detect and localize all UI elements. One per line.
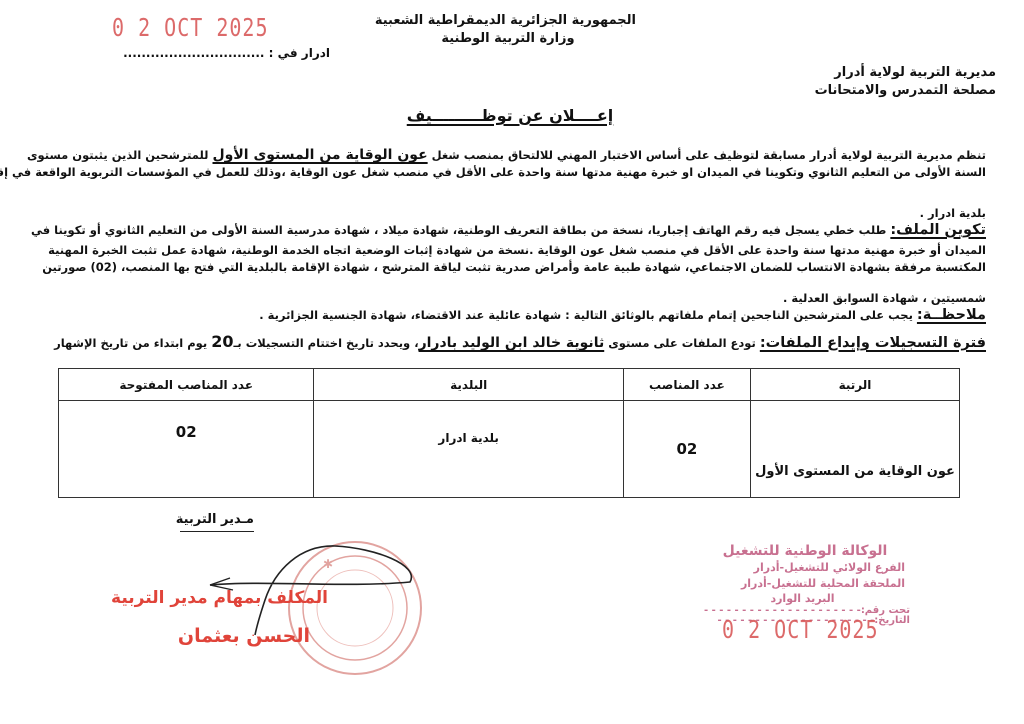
registration-days: 20 xyxy=(211,332,233,351)
note-text: يجب على المترشحين الناجحين إتمام ملفاتهم… xyxy=(259,308,913,322)
place-date-line: ادرار في : .............................… xyxy=(135,45,330,62)
registration-label: فترة التسجيلات وإيداع الملفات: xyxy=(760,335,986,351)
employment-stamp-line-4: البريد الوارد xyxy=(720,592,885,605)
intro-text-a: تنظم مديرية التربية لولاية أدرار مسابقة … xyxy=(432,148,986,162)
directorate-name: مديرية التربية لولاية أدرار xyxy=(834,64,996,81)
file-composition-label: تكوين الملف: xyxy=(890,222,986,238)
intro-line-1: تنظم مديرية التربية لولاية أدرار مسابقة … xyxy=(6,147,986,164)
cell-municipality: بلدية ادرار xyxy=(314,401,623,498)
file-composition-line-4: شمسيتين ، شهادة السوابق العدلية . xyxy=(1,290,986,307)
employment-stamp-date: 0 2 OCT 2025 xyxy=(722,614,879,644)
intro-line-2: السنة الأولى من التعليم الثانوي وتكوينا … xyxy=(6,164,986,181)
note-label: ملاحظــة: xyxy=(917,307,986,323)
file-composition-line-3: المكتسبة مرفقة بشهادة الانتساب للضمان ال… xyxy=(1,259,986,276)
signature-stamp-line-1: المكلف بمهام مدير التربية xyxy=(148,588,328,608)
employment-stamp-line-3: الملحقة المحلية للتشغيل-أدرار xyxy=(720,577,905,590)
header-municipality: البلدية xyxy=(314,369,623,401)
cell-open-positions: 02 xyxy=(59,401,314,498)
received-date-stamp: 0 2 OCT 2025 xyxy=(112,12,269,42)
intro-line-3: بلدية ادرار . xyxy=(6,205,986,222)
cell-grade: عون الوقاية من المستوى الأول xyxy=(750,401,959,498)
header-grade: الرتبة xyxy=(750,369,959,401)
registration-text-a: تودع الملفات على مستوى xyxy=(608,336,756,350)
file-composition-line-2: الميدان أو خبرة مهنية مدتها سنة واحدة عل… xyxy=(1,242,986,259)
registration-text-b: ، ويحدد تاريخ اختتام التسجيلات بـ xyxy=(233,336,418,350)
positions-table: الرتبة عدد المناصب البلدية عدد المناصب ا… xyxy=(58,368,960,498)
registration-text-c: يوم ابتداء من تاريخ الإشهار xyxy=(54,336,207,350)
place-date-label: ادرار في : xyxy=(269,46,330,60)
file-composition-text-1: طلب خطي يسجل فيه رقم الهاتف إجباريا، نسخ… xyxy=(31,223,886,237)
signature-title: مـدير التربية xyxy=(180,512,254,532)
header-open-positions: عدد المناصب المفتوحة xyxy=(59,369,314,401)
table-row: عون الوقاية من المستوى الأول 02 بلدية اد… xyxy=(59,401,960,498)
signature-stamp-line-2: الحسن بعثمان xyxy=(170,625,310,647)
cell-positions: 02 xyxy=(623,401,750,498)
note-line: ملاحظــة: يجب على المترشحين الناجحين إتم… xyxy=(1,307,986,324)
service-name: مصلحة التمدرس والامتحانات xyxy=(815,82,996,99)
ministry-heading: وزارة التربية الوطنية xyxy=(380,30,636,47)
employment-stamp-line-1: الوكالة الوطنية للتشغيل xyxy=(700,543,910,559)
file-composition-line-1: تكوين الملف: طلب خطي يسجل فيه رقم الهاتف… xyxy=(1,222,986,239)
header-positions: عدد المناصب xyxy=(623,369,750,401)
date-label: التاريخ: xyxy=(874,615,910,626)
employment-stamp-line-2: الفرع الولائي للتشغيل-أدرار xyxy=(720,561,905,574)
place-date-dots: ............................... xyxy=(123,46,264,60)
registration-line: فترة التسجيلات وإيداع الملفات: تودع المل… xyxy=(1,333,986,352)
page-title: إعــــلان عن توظـــــــــيف xyxy=(380,106,640,125)
table-header-row: الرتبة عدد المناصب البلدية عدد المناصب ا… xyxy=(59,369,960,401)
republic-heading: الجمهورية الجزائرية الديمقراطية الشعبية xyxy=(380,12,636,29)
registration-school: ثانوية خالد ابن الوليد بادرار xyxy=(419,335,605,351)
intro-position-name: عون الوقاية من المستوى الأول xyxy=(213,147,428,163)
intro-text-b: للمترشحين الذين يثبتون مستوى xyxy=(27,148,208,162)
